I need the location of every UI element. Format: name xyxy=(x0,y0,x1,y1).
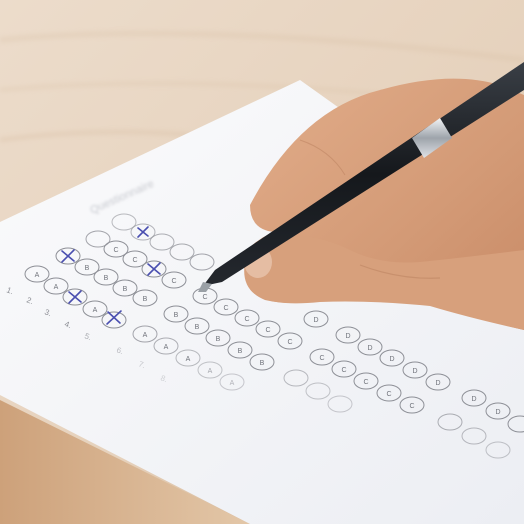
svg-text:C: C xyxy=(287,339,292,346)
svg-text:C: C xyxy=(132,257,137,264)
svg-text:D: D xyxy=(495,409,500,416)
svg-text:B: B xyxy=(216,336,221,343)
svg-text:D: D xyxy=(412,368,417,375)
svg-text:A: A xyxy=(186,356,191,363)
svg-text:B: B xyxy=(143,296,148,303)
svg-text:B: B xyxy=(238,348,243,355)
svg-text:C: C xyxy=(223,305,228,312)
svg-text:D: D xyxy=(313,317,318,324)
svg-text:B: B xyxy=(195,324,200,331)
svg-text:D: D xyxy=(345,333,350,340)
svg-text:D: D xyxy=(435,380,440,387)
svg-text:A: A xyxy=(93,307,98,314)
svg-text:B: B xyxy=(174,312,179,319)
photo-scene: Answer sheet being filled with a pen xyxy=(0,0,524,524)
svg-text:A: A xyxy=(208,368,213,375)
scene-svg: Questionnaire 1. 2. 3. 4. 5. 6. 7. 8. A xyxy=(0,0,524,524)
svg-text:D: D xyxy=(471,396,476,403)
svg-text:D: D xyxy=(389,356,394,363)
svg-text:A: A xyxy=(164,344,169,351)
svg-text:C: C xyxy=(341,367,346,374)
svg-text:C: C xyxy=(202,294,207,301)
svg-text:C: C xyxy=(409,403,414,410)
svg-text:A: A xyxy=(54,284,59,291)
svg-text:D: D xyxy=(367,345,372,352)
svg-text:C: C xyxy=(171,278,176,285)
svg-text:B: B xyxy=(260,360,265,367)
svg-text:B: B xyxy=(85,265,90,272)
svg-text:C: C xyxy=(265,327,270,334)
svg-text:A: A xyxy=(230,380,235,387)
svg-text:C: C xyxy=(386,391,391,398)
svg-text:A: A xyxy=(143,332,148,339)
svg-text:C: C xyxy=(244,316,249,323)
svg-text:C: C xyxy=(319,355,324,362)
svg-text:B: B xyxy=(104,275,109,282)
svg-text:C: C xyxy=(113,247,118,254)
svg-text:B: B xyxy=(123,286,128,293)
svg-text:A: A xyxy=(35,272,40,279)
svg-text:C: C xyxy=(363,379,368,386)
